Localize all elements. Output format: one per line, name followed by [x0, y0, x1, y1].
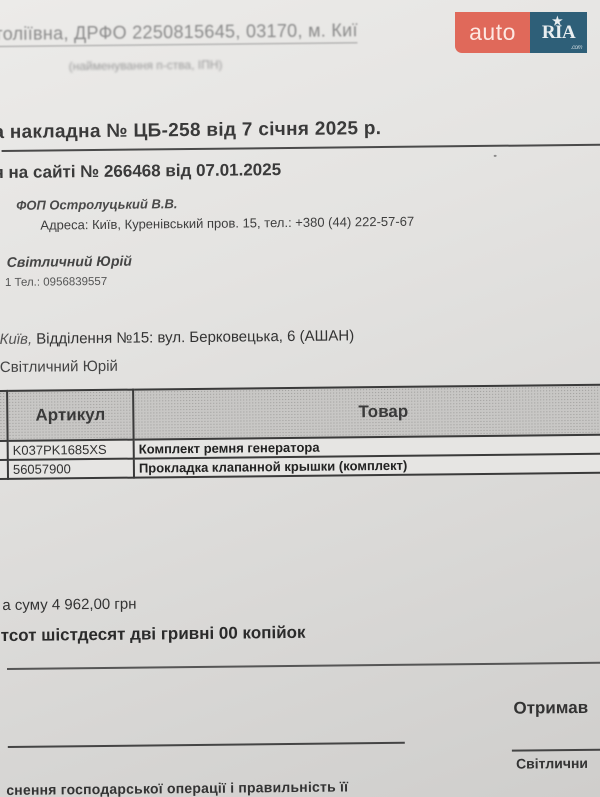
row-number-cell: [0, 441, 8, 460]
delivery-city: Київ,: [0, 331, 32, 348]
invoice-document: толіївна, ДРФО 2250815645, 03170, м. Киї…: [0, 0, 600, 797]
row-number-cell: [0, 460, 8, 479]
ink-speck: [494, 155, 497, 157]
article-cell: K037PK1685XS: [8, 440, 134, 460]
supplier-caption: (найменування п-ства, ІПН): [69, 58, 223, 74]
delivery-address: Київ, Відділення №15: вул. Берковецька, …: [0, 327, 354, 348]
logo-auto-part: auto: [455, 12, 530, 53]
supplier-line: толіївна, ДРФО 2250815645, 03170, м. Киї: [0, 20, 358, 47]
autoria-watermark-logo: auto ★ RIA .com: [455, 12, 587, 53]
delivery-branch: Відділення №15: вул. Берковецька, 6 (АША…: [32, 327, 354, 347]
goods-cell: Прокладка клапанной крышки (комплект): [134, 453, 600, 477]
signature-line-issuer: [8, 742, 405, 748]
items-table: Артикул Товар K037PK1685XS Комплект ремн…: [0, 383, 600, 480]
invoice-title: а накладна № ЦБ-258 від 7 січня 2025 р.: [0, 118, 381, 144]
order-number: я на сайті № 266468 від 07.01.2025: [0, 160, 281, 183]
header-goods: Товар: [133, 384, 600, 439]
total-in-words: тсот шістдесят дві гривні 00 копійок: [1, 623, 306, 646]
seller-address: Адреса: Київ, Куренівський пров. 15, тел…: [40, 214, 414, 233]
title-divider: [2, 144, 600, 152]
seller-name: ФОП Остролуцький В.В.: [16, 196, 178, 213]
logo-ria-part: ★ RIA .com: [530, 12, 587, 53]
article-cell: 56057900: [8, 459, 134, 479]
delivery-recipient: Світличний Юрій: [0, 358, 118, 376]
total-sum: а суму 4 962,00 грн: [2, 596, 136, 614]
received-label: Отримав: [513, 698, 588, 719]
star-icon: ★: [552, 14, 562, 29]
buyer-phone: 1 Тел.: 0956839557: [5, 276, 107, 289]
totals-divider: [7, 662, 600, 670]
footer-note: снення господарської операції і правильн…: [6, 778, 348, 797]
signature-line-receiver: [512, 749, 600, 752]
header-article: Артикул: [7, 390, 134, 441]
logo-domain-suffix: .com: [571, 45, 582, 51]
buyer-name: Світличний Юрій: [7, 253, 132, 270]
table-header-row: Артикул Товар: [0, 384, 600, 441]
receiver-name: Світлични: [516, 755, 588, 772]
